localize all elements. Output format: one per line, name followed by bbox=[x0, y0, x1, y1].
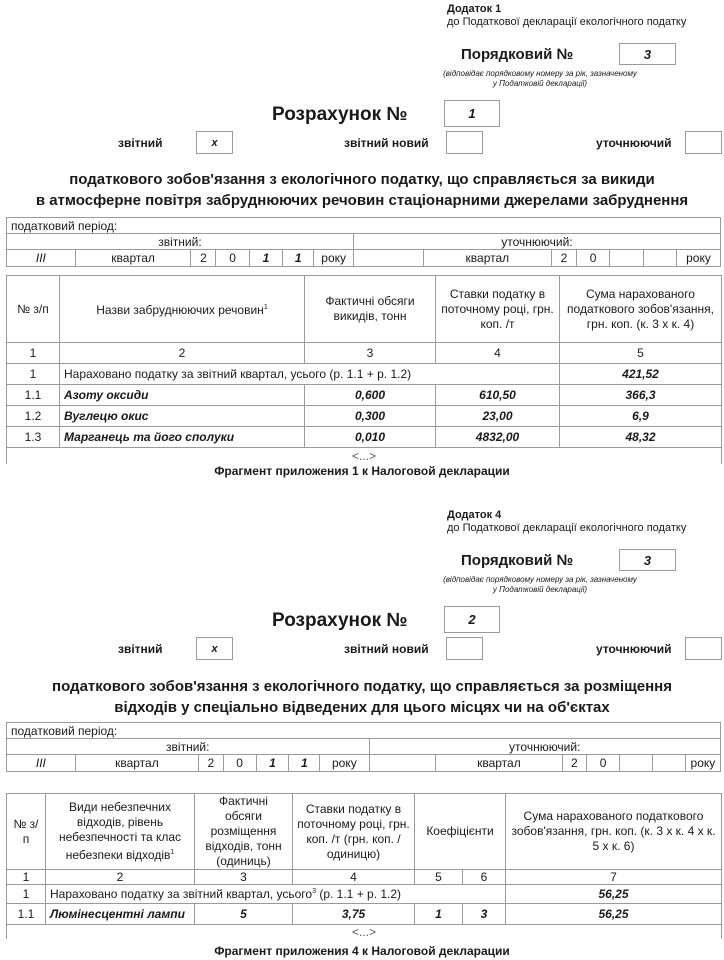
quarter-word: квартал bbox=[436, 755, 562, 772]
clarifying-label: уточнюючий bbox=[596, 136, 672, 150]
column-header: Фактичні обсяги викидів, тонн bbox=[305, 276, 436, 343]
ellipsis-row: <...> bbox=[7, 448, 722, 464]
reporting-checkbox[interactable]: x bbox=[196, 131, 233, 154]
tax-rate: 3,75 bbox=[293, 904, 415, 925]
ordinal-label: Порядковий № bbox=[461, 552, 573, 569]
column-number: 5 bbox=[560, 343, 722, 364]
ordinal-note-line: (відповідає порядковому номеру за рік, з… bbox=[425, 69, 655, 79]
tax-period-table: податковий період: звітний: уточнюючий: … bbox=[6, 722, 721, 772]
ordinal-note: (відповідає порядковому номеру за рік, з… bbox=[425, 69, 655, 89]
table-row: 1.2 Вуглецю окис 0,300 23,00 6,9 bbox=[7, 406, 722, 427]
tax-rate: 4832,00 bbox=[436, 427, 560, 448]
clarifying-quarter-field[interactable] bbox=[369, 755, 436, 772]
emission-volume: 0,010 bbox=[305, 427, 436, 448]
heading-line: податкового зобов'язання з екологічного … bbox=[0, 676, 724, 697]
column-header: № з/п bbox=[7, 794, 46, 870]
year-digit-field[interactable]: 2 bbox=[191, 250, 216, 267]
column-number: 3 bbox=[195, 870, 293, 885]
column-number: 1 bbox=[7, 870, 46, 885]
quarter-word: квартал bbox=[75, 250, 191, 267]
waste-name: Люмінесцентні лампи bbox=[46, 904, 195, 925]
column-number: 5 bbox=[415, 870, 463, 885]
clarifying-label: уточнюючий bbox=[596, 642, 672, 656]
coefficient-5: 1 bbox=[415, 904, 463, 925]
form-heading: податкового зобов'язання з екологічного … bbox=[0, 169, 724, 211]
column-header: Ставки податку в поточному році, грн. ко… bbox=[293, 794, 415, 870]
fragment-caption: Фрагмент приложения 4 к Налоговой деклар… bbox=[0, 944, 724, 958]
row-number: 1.1 bbox=[7, 385, 60, 406]
year-digit-field[interactable]: 2 bbox=[551, 250, 576, 267]
column-number: 2 bbox=[46, 870, 195, 885]
column-header: Сума нарахованого податкового зобов'язан… bbox=[506, 794, 722, 870]
row-number: 1 bbox=[7, 885, 46, 904]
reporting-checkbox[interactable]: x bbox=[196, 637, 233, 660]
heading-line: податкового зобов'язання з екологічного … bbox=[0, 169, 724, 190]
year-word: року bbox=[676, 250, 720, 267]
year-digit-field[interactable] bbox=[620, 755, 653, 772]
heading-line: в атмосферне повітря забруднюючих речови… bbox=[0, 190, 724, 211]
year-word: року bbox=[320, 755, 369, 772]
year-digit-field[interactable]: 0 bbox=[216, 250, 249, 267]
ordinal-label: Порядковий № bbox=[461, 46, 573, 63]
year-digit-field[interactable]: 2 bbox=[562, 755, 587, 772]
fragment-caption: Фрагмент приложения 1 к Налоговой деклар… bbox=[0, 464, 724, 478]
reporting-period-label: звітний: bbox=[7, 739, 370, 755]
tax-sum: 366,3 bbox=[560, 385, 722, 406]
year-digit-field[interactable]: 1 bbox=[256, 755, 289, 772]
column-header: Сума нарахованого податкового зобов'язан… bbox=[560, 276, 722, 343]
total-row: 1 Нараховано податку за звітний квартал,… bbox=[7, 364, 722, 385]
substance-name: Вуглецю окис bbox=[60, 406, 305, 427]
reporting-period-label: звітний: bbox=[7, 234, 354, 250]
table-header-row: № з/п Назви забруднюючих речовин1 Фактич… bbox=[7, 276, 722, 343]
ordinal-number-field[interactable]: 3 bbox=[619, 43, 676, 65]
addendum-title: Додаток 1 bbox=[447, 3, 501, 15]
ordinal-note-line: у Податковій декларації) bbox=[425, 79, 655, 89]
year-digit-field[interactable]: 1 bbox=[249, 250, 282, 267]
total-row: 1 Нараховано податку за звітний квартал,… bbox=[7, 885, 722, 904]
substance-name: Азоту оксиди bbox=[60, 385, 305, 406]
ordinal-number-field[interactable]: 3 bbox=[619, 549, 676, 571]
column-number: 2 bbox=[60, 343, 305, 364]
coefficient-6: 3 bbox=[463, 904, 506, 925]
total-label: Нараховано податку за звітний квартал, у… bbox=[60, 364, 560, 385]
emission-volume: 0,600 bbox=[305, 385, 436, 406]
calc-number-field[interactable]: 2 bbox=[444, 606, 500, 633]
heading-line: відходів у спеціально відведених для цьо… bbox=[0, 697, 724, 718]
tax-sum: 56,25 bbox=[506, 904, 722, 925]
ordinal-note: (відповідає порядковому номеру за рік, з… bbox=[425, 575, 655, 595]
row-number: 1 bbox=[7, 364, 60, 385]
reporting-quarter-field[interactable]: III bbox=[7, 755, 76, 772]
calc-number-field[interactable]: 1 bbox=[444, 100, 500, 127]
column-number: 1 bbox=[7, 343, 60, 364]
substance-name: Марганець та його сполуки bbox=[60, 427, 305, 448]
emission-volume: 0,300 bbox=[305, 406, 436, 427]
column-header: Ставки податку в поточному році, грн. ко… bbox=[436, 276, 560, 343]
column-number: 6 bbox=[463, 870, 506, 885]
year-digit-field[interactable]: 0 bbox=[576, 250, 609, 267]
ellipsis: <...> bbox=[7, 925, 722, 939]
tax-sum: 6,9 bbox=[560, 406, 722, 427]
year-digit-field[interactable]: 1 bbox=[289, 755, 320, 772]
calc-number-label: Розрахунок № bbox=[272, 610, 408, 632]
reporting-quarter-field[interactable]: III bbox=[7, 250, 76, 267]
year-digit-field[interactable]: 0 bbox=[223, 755, 256, 772]
ellipsis: <...> bbox=[7, 448, 722, 464]
year-word: року bbox=[685, 755, 720, 772]
column-header: № з/п bbox=[7, 276, 60, 343]
row-number: 1.2 bbox=[7, 406, 60, 427]
new-reporting-checkbox[interactable] bbox=[446, 637, 483, 660]
year-word: року bbox=[314, 250, 354, 267]
table-header-row: № з/п Види небезпечних відходів, рівень … bbox=[7, 794, 722, 870]
new-reporting-checkbox[interactable] bbox=[446, 131, 483, 154]
tax-period-title: податковий період: bbox=[7, 723, 721, 739]
tax-rate: 610,50 bbox=[436, 385, 560, 406]
addendum-subtitle: до Податкової декларації екологічного по… bbox=[447, 16, 686, 28]
ordinal-note-line: (відповідає порядковому номеру за рік, з… bbox=[425, 575, 655, 585]
clarifying-checkbox[interactable] bbox=[685, 637, 722, 660]
column-number: 4 bbox=[293, 870, 415, 885]
column-number: 3 bbox=[305, 343, 436, 364]
column-number: 4 bbox=[436, 343, 560, 364]
tax-rate: 23,00 bbox=[436, 406, 560, 427]
column-number-row: 1 2 3 4 5 6 7 bbox=[7, 870, 722, 885]
table-row: 1.3 Марганець та його сполуки 0,010 4832… bbox=[7, 427, 722, 448]
tax-period-table: податковий період: звітний: уточнюючий: … bbox=[6, 217, 721, 267]
clarifying-quarter-field[interactable] bbox=[353, 250, 423, 267]
tax-period-title: податковий період: bbox=[7, 218, 721, 234]
column-number: 7 bbox=[506, 870, 722, 885]
clarifying-period-label: уточнюючий: bbox=[369, 739, 721, 755]
year-digit-field[interactable] bbox=[643, 250, 676, 267]
column-header: Фактичні обсяги розміщення відходів, тон… bbox=[195, 794, 293, 870]
total-sum: 421,52 bbox=[560, 364, 722, 385]
column-header: Коефіцієнти bbox=[415, 794, 506, 870]
column-header: Види небезпечних відходів, рівень небезп… bbox=[46, 794, 195, 870]
clarifying-period-label: уточнюючий: bbox=[353, 234, 720, 250]
total-label: Нараховано податку за звітний квартал, у… bbox=[46, 885, 506, 904]
table-row: 1.1 Люмінесцентні лампи 5 3,75 1 3 56,25 bbox=[7, 904, 722, 925]
emissions-table: № з/п Назви забруднюючих речовин1 Фактич… bbox=[6, 275, 722, 464]
calc-number-label: Розрахунок № bbox=[272, 104, 408, 126]
row-number: 1.1 bbox=[7, 904, 46, 925]
table-row: 1.1 Азоту оксиди 0,600 610,50 366,3 bbox=[7, 385, 722, 406]
year-digit-field[interactable] bbox=[610, 250, 643, 267]
year-digit-field[interactable]: 1 bbox=[283, 250, 314, 267]
year-digit-field[interactable]: 2 bbox=[199, 755, 224, 772]
ellipsis-row: <...> bbox=[7, 925, 722, 939]
quarter-word: квартал bbox=[75, 755, 198, 772]
form-heading: податкового зобов'язання з екологічного … bbox=[0, 676, 724, 718]
year-digit-field[interactable] bbox=[652, 755, 685, 772]
new-reporting-label: звітний новий bbox=[344, 136, 429, 150]
column-header: Назви забруднюючих речовин1 bbox=[60, 276, 305, 343]
clarifying-checkbox[interactable] bbox=[685, 131, 722, 154]
reporting-label: звітний bbox=[118, 136, 163, 150]
addendum-subtitle: до Податкової декларації екологічного по… bbox=[447, 522, 686, 534]
ordinal-note-line: у Податковій декларації) bbox=[425, 585, 655, 595]
quarter-word: квартал bbox=[423, 250, 551, 267]
total-sum: 56,25 bbox=[506, 885, 722, 904]
waste-table: № з/п Види небезпечних відходів, рівень … bbox=[6, 793, 722, 939]
new-reporting-label: звітний новий bbox=[344, 642, 429, 656]
column-number-row: 1 2 3 4 5 bbox=[7, 343, 722, 364]
waste-volume: 5 bbox=[195, 904, 293, 925]
year-digit-field[interactable]: 0 bbox=[587, 755, 620, 772]
reporting-label: звітний bbox=[118, 642, 163, 656]
row-number: 1.3 bbox=[7, 427, 60, 448]
tax-sum: 48,32 bbox=[560, 427, 722, 448]
addendum-title: Додаток 4 bbox=[447, 509, 501, 521]
